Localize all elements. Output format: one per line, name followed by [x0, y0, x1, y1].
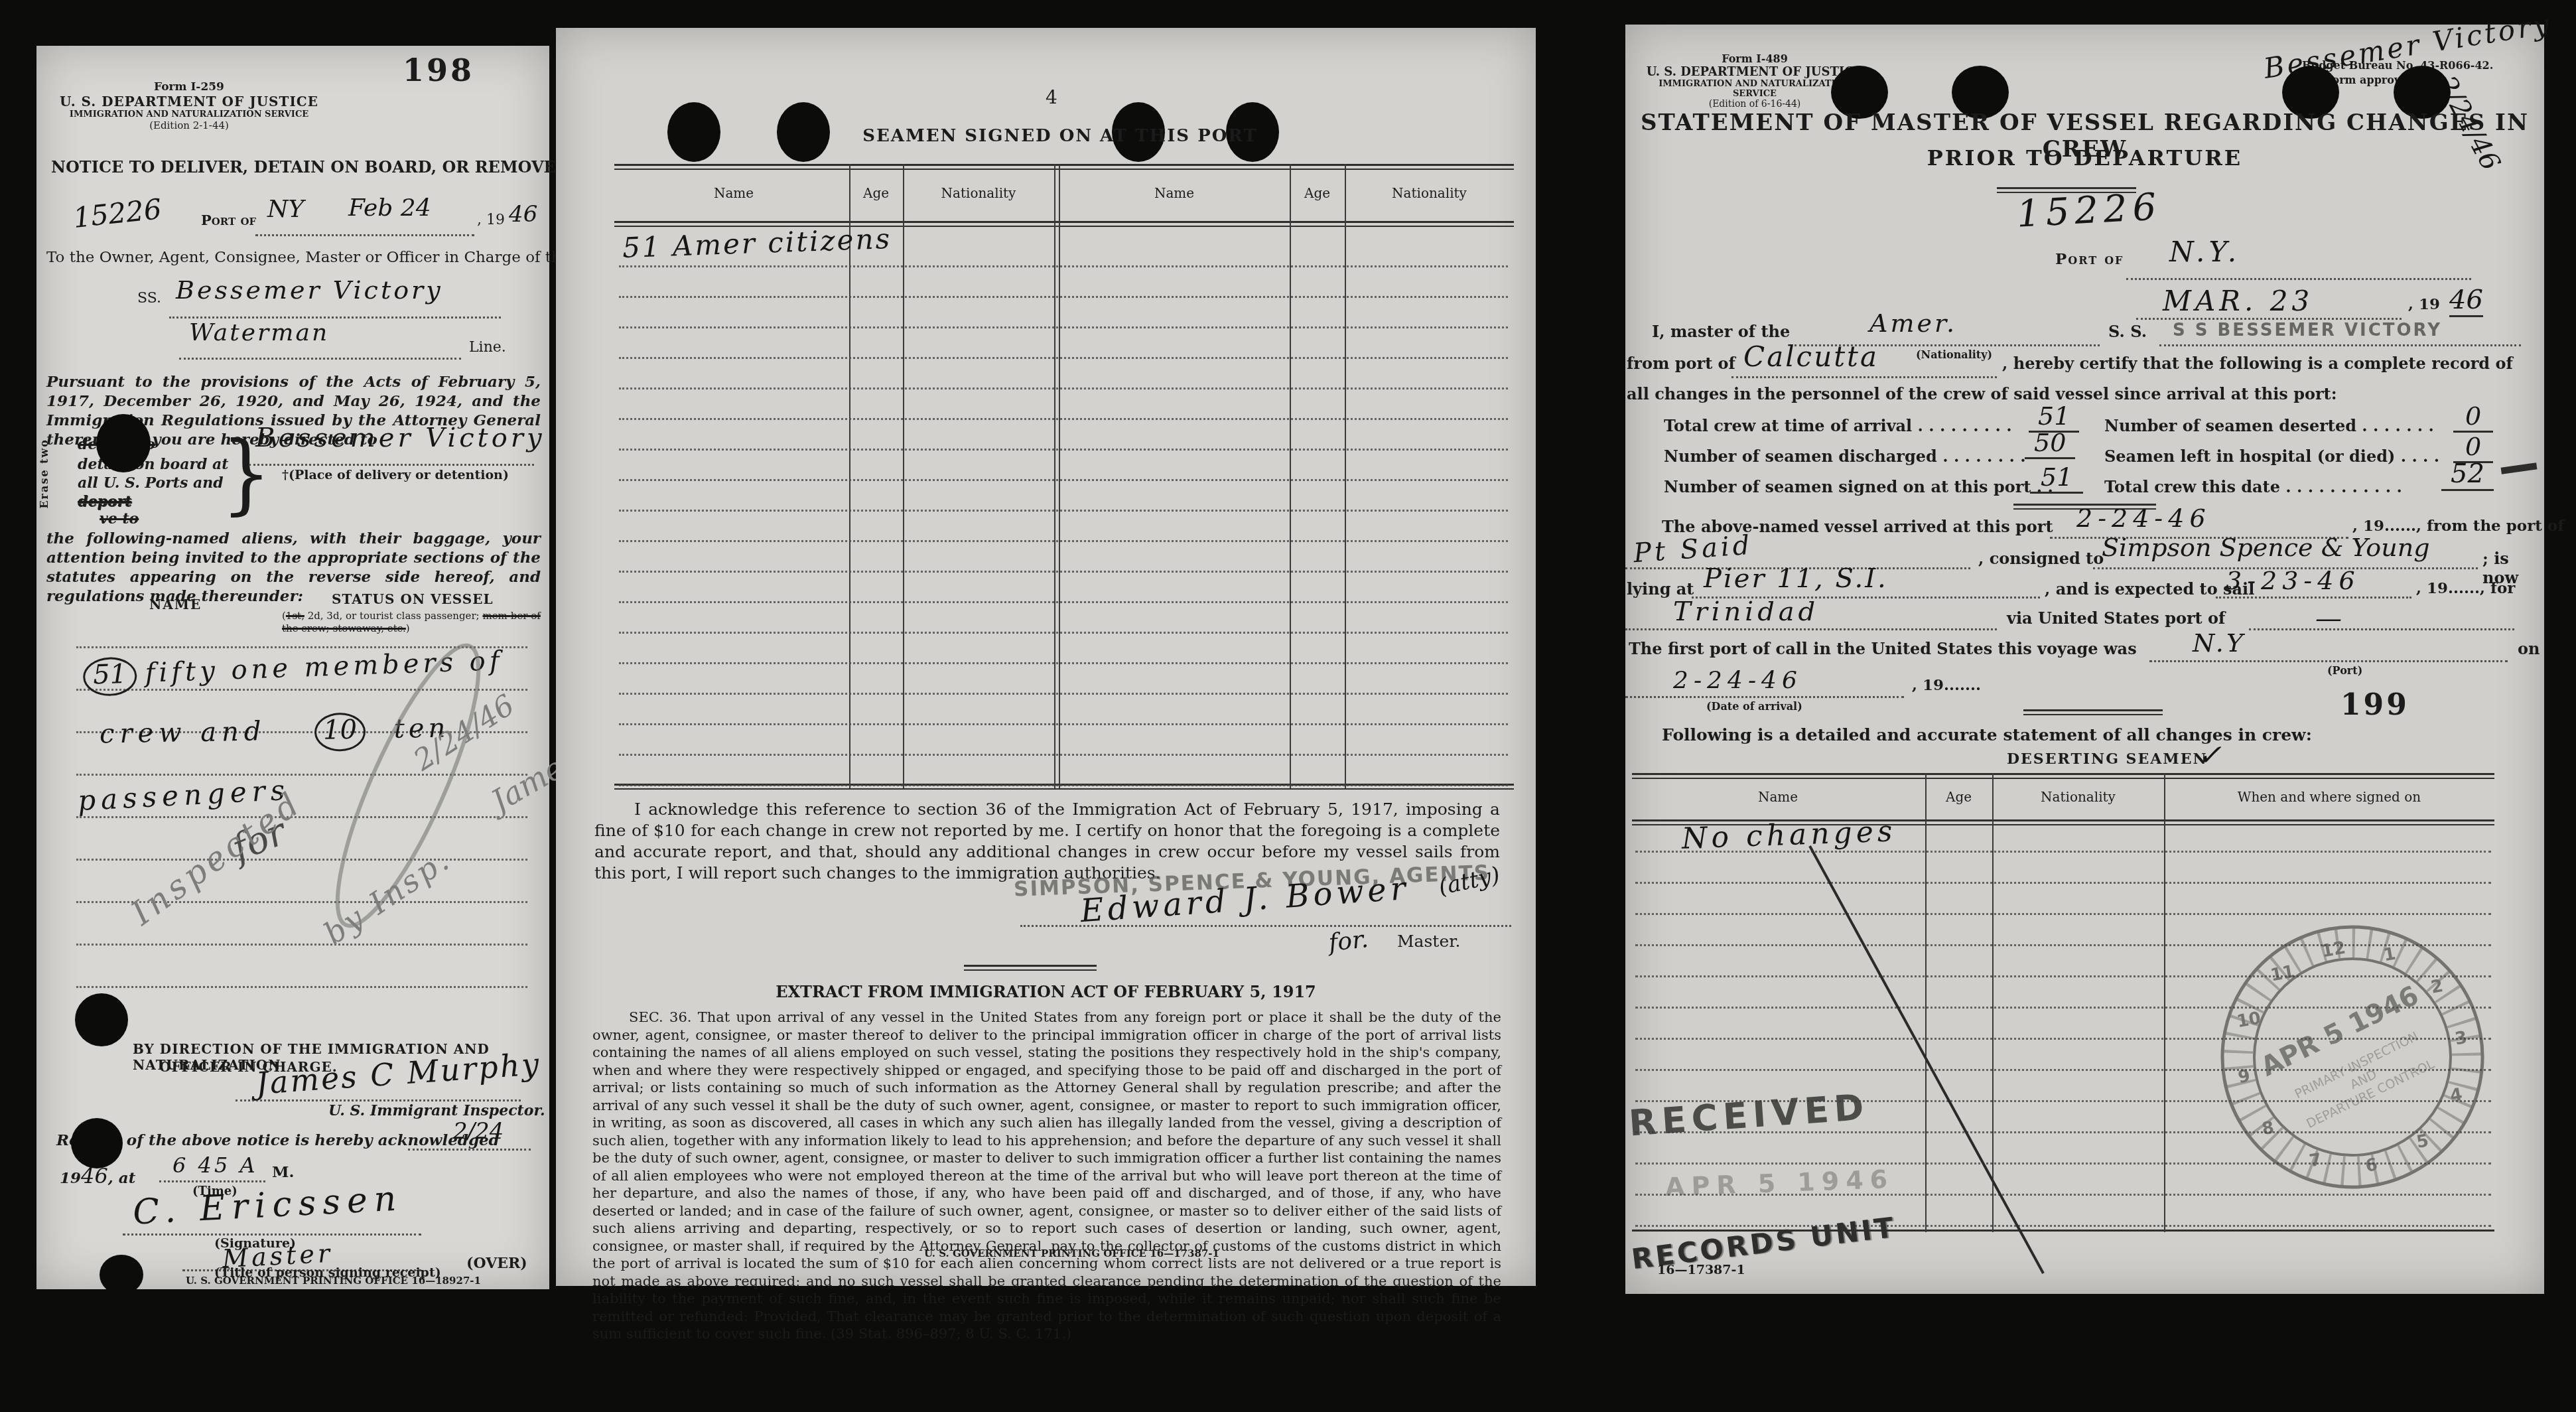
left-page-form-i259: 198 Form I-259 U. S. DEPARTMENT OF JUSTI… — [36, 46, 549, 1289]
table-header-rule — [614, 221, 1514, 227]
ruled-row — [619, 357, 1508, 359]
ruled-row — [619, 540, 1508, 542]
left-inspector-title: U. S. Immigrant Inspector. — [328, 1102, 545, 1119]
page-corner-mark — [100, 1255, 143, 1295]
ruled-row — [619, 571, 1508, 573]
left-receipt-date: 2/24 — [453, 1118, 504, 1145]
left-over-label: (OVER) — [466, 1255, 527, 1272]
ruled-row — [619, 510, 1508, 512]
ruled-row — [619, 479, 1508, 481]
ruled-row — [619, 754, 1508, 756]
ruled-row — [619, 388, 1508, 389]
mid-col-age-1: Age — [849, 185, 903, 201]
right-page-form-i489: Form I-489 U. S. DEPARTMENT OF JUSTICE I… — [1625, 25, 2544, 1294]
svg-text:12: 12 — [2320, 938, 2347, 962]
svg-text:10: 10 — [2236, 1008, 2263, 1032]
mid-col-name-2: Name — [1059, 185, 1290, 201]
svg-text:6: 6 — [2364, 1155, 2379, 1176]
left-m-label: M. — [272, 1163, 294, 1181]
dotted-line — [408, 1149, 531, 1151]
mid-page-number: 4 — [1046, 86, 1057, 108]
svg-text:3: 3 — [2453, 1028, 2469, 1050]
middle-page-seamen-list: 4 SEAMEN SIGNED ON AT THIS PORT Name Age… — [556, 28, 1536, 1286]
punch-hole — [96, 414, 151, 472]
mid-col-nationality-2: Nationality — [1345, 185, 1514, 201]
left-footer: U. S. GOVERNMENT PRINTING OFFICE 16—1892… — [186, 1275, 481, 1287]
svg-text:8: 8 — [2260, 1117, 2275, 1139]
svg-text:1: 1 — [2382, 944, 2398, 966]
svg-text:5: 5 — [2415, 1131, 2430, 1153]
mid-ruled-rows — [619, 265, 1508, 790]
ruled-row — [619, 601, 1508, 603]
mid-section-36: SEC. 36. That upon arrival of any vessel… — [592, 1009, 1501, 1343]
round-inspection-stamp: 1212 345 678 91011 APR 5 1946 PRIMARY IN… — [2214, 919, 2490, 1195]
dotted-line — [1020, 925, 1511, 927]
svg-text:4: 4 — [2449, 1084, 2464, 1106]
mid-col-name-1: Name — [654, 185, 813, 201]
ruled-row — [619, 449, 1508, 451]
svg-text:9: 9 — [2236, 1066, 2252, 1088]
section-divider — [964, 965, 1097, 971]
ruled-row — [619, 326, 1508, 328]
left-receipt-text: Receipt of the above notice is hereby ac… — [56, 1131, 500, 1149]
ruled-row — [619, 784, 1508, 786]
mid-master-label: Master. — [1397, 932, 1460, 951]
ruled-row — [619, 265, 1508, 267]
right-footer: 16—17387-1 — [1657, 1263, 1745, 1277]
ruled-row — [619, 418, 1508, 420]
mid-col-nationality-1: Nationality — [903, 185, 1054, 201]
ruled-row — [619, 296, 1508, 298]
mid-footer: U. S. GOVERNMENT PRINTING OFFICE 16—1738… — [924, 1247, 1219, 1259]
dotted-line — [123, 1234, 421, 1235]
left-time-value: 6 45 A — [172, 1153, 258, 1178]
dotted-line — [236, 1099, 521, 1101]
ruled-row — [619, 723, 1508, 725]
mid-col-age-2: Age — [1290, 185, 1345, 201]
mid-title: SEAMEN SIGNED ON AT THIS PORT — [556, 126, 1564, 146]
mid-for-note: for. — [1327, 926, 1370, 957]
dotted-line — [159, 1180, 265, 1182]
scanned-document-canvas: 198 Form I-259 U. S. DEPARTMENT OF JUSTI… — [0, 0, 2576, 1412]
punch-hole — [75, 993, 128, 1046]
svg-text:7: 7 — [2308, 1150, 2323, 1172]
at-label: , at — [108, 1169, 136, 1187]
ruled-row — [619, 632, 1508, 634]
mid-extract-title: EXTRACT FROM IMMIGRATION ACT OF FEBRUARY… — [556, 982, 1536, 1001]
svg-text:11: 11 — [2269, 961, 2296, 985]
punch-hole — [71, 1118, 123, 1168]
table-top-rule — [614, 164, 1514, 170]
ruled-row — [619, 662, 1508, 664]
ruled-row — [619, 693, 1508, 695]
receipt-year-printed: 19 — [60, 1169, 81, 1187]
